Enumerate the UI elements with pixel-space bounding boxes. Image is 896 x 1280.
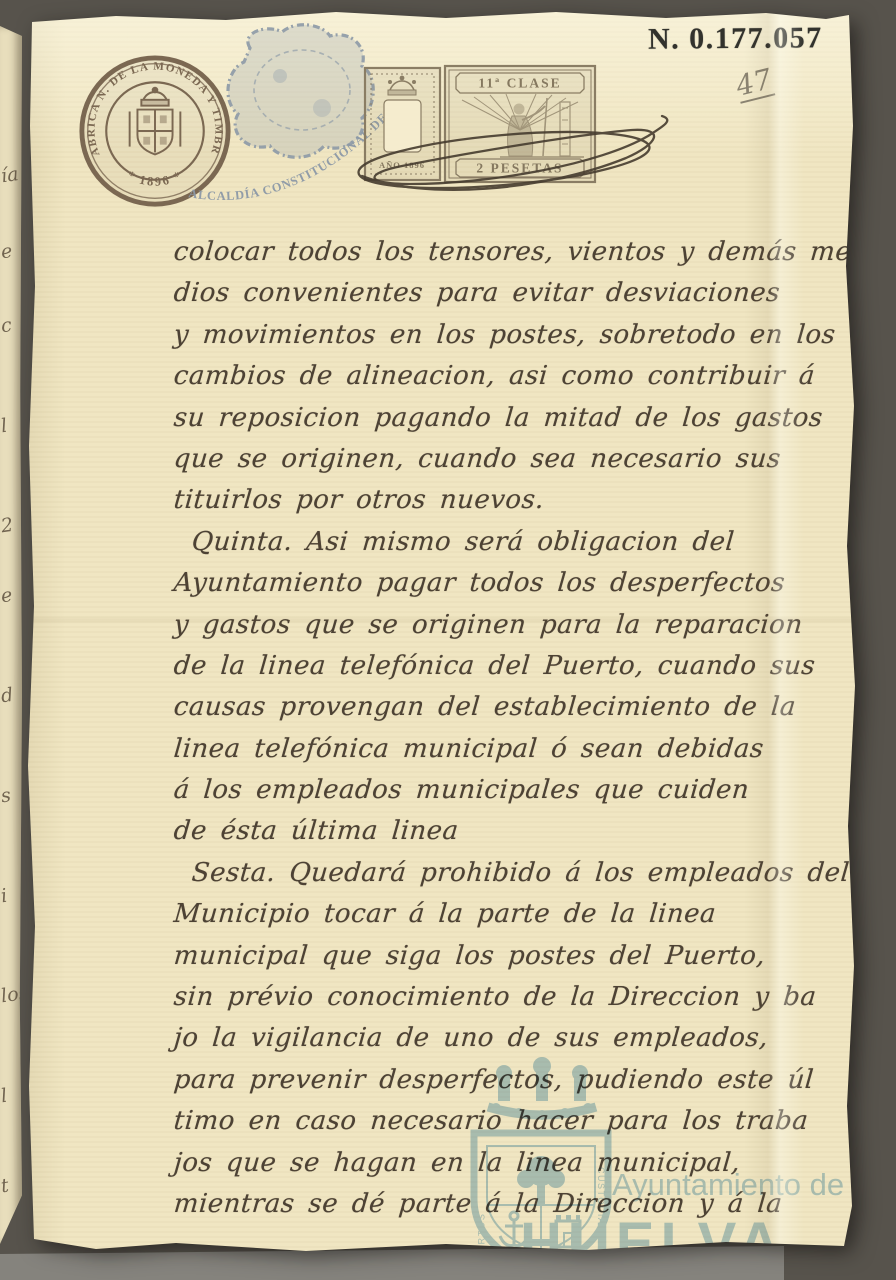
manuscript-line: y movimientos en los postes, sobretodo e… [172, 315, 866, 356]
adjacent-page-text-fragment: ía [0, 163, 22, 188]
adjacent-page-text-fragment: d [0, 683, 22, 708]
adjacent-page-text-fragment: c [0, 313, 22, 338]
manuscript-line: causas provengan del establecimiento de … [172, 687, 866, 728]
manuscript-line: sin prévio conocimiento de la Direccion … [172, 977, 866, 1018]
watermark-org-text: Ayuntamiento de [612, 1167, 844, 1202]
document-page: N. 0.177.057 47 FABRICA N. DE LA MONEDA … [26, 6, 856, 1258]
document-sheet: N. 0.177.057 47 FABRICA N. DE LA MONEDA … [26, 6, 856, 1258]
manuscript-line-quinta: Quinta. Asi mismo será obligacion del [172, 522, 866, 563]
manuscript-line: Municipio tocar á la parte de la linea [172, 894, 866, 935]
manuscript-line: linea telefónica municipal ó sean debida… [172, 729, 866, 770]
adjacent-page-text-fragment: los [0, 983, 22, 1008]
manuscript-line: de ésta última linea [172, 811, 866, 852]
manuscript-line-sesta: Sesta. Quedará prohibido á los empleados… [172, 853, 866, 894]
manuscript-line: de la linea telefónica del Puerto, cuand… [172, 646, 866, 687]
adjacent-page-text-fragment: s [0, 783, 22, 808]
huelva-watermark: PORTUS CUSTODIA Ayuntamiento de HUELVA [440, 1053, 850, 1280]
manuscript-line: colocar todos los tensores, vientos y de… [172, 232, 866, 273]
manuscript-line: municipal que siga los postes del Puerto… [172, 936, 866, 977]
adjacent-page-text-fragment: t [0, 1173, 22, 1198]
adjacent-page-text-fragment: i [0, 883, 22, 908]
adjacent-page-text-fragment: 2 [0, 513, 22, 538]
crest-motto-left: PORTUS [477, 1212, 487, 1261]
manuscript-line: y gastos que se originen para la reparac… [172, 605, 866, 646]
adjacent-page-text-fragment: e [0, 239, 22, 264]
manuscript-line: dios convenientes para evitar desviacion… [172, 273, 866, 314]
manuscript-line: Ayuntamiento pagar todos los desperfecto… [172, 563, 866, 604]
serial-number-stamp: N. 0.177.057 [648, 21, 823, 57]
manuscript-line: que se originen, cuando sea necesario su… [172, 439, 866, 480]
adjacent-page-text-fragment: l [0, 413, 22, 438]
adjacent-page-text-fragment: e [0, 583, 22, 608]
handwritten-page-number: 47 [733, 62, 776, 103]
rubric-flourish [332, 80, 676, 210]
huelva-crest-icon: PORTUS CUSTODIA Ayuntamiento de HUELVA [474, 1057, 844, 1276]
tree-icon [517, 1156, 565, 1205]
manuscript-line: cambios de alineacion, asi como contribu… [172, 356, 866, 397]
manuscript-line: á los empleados municipales que cuiden [172, 770, 866, 811]
manuscript-line: su reposicion pagando la mitad de los ga… [172, 398, 866, 439]
manuscript-line: tituirlos por otros nuevos. [172, 480, 866, 521]
adjacent-page-edge: ía e c l 2 e d s i los l t [0, 26, 22, 1244]
adjacent-page-text-fragment: l [0, 1083, 22, 1108]
